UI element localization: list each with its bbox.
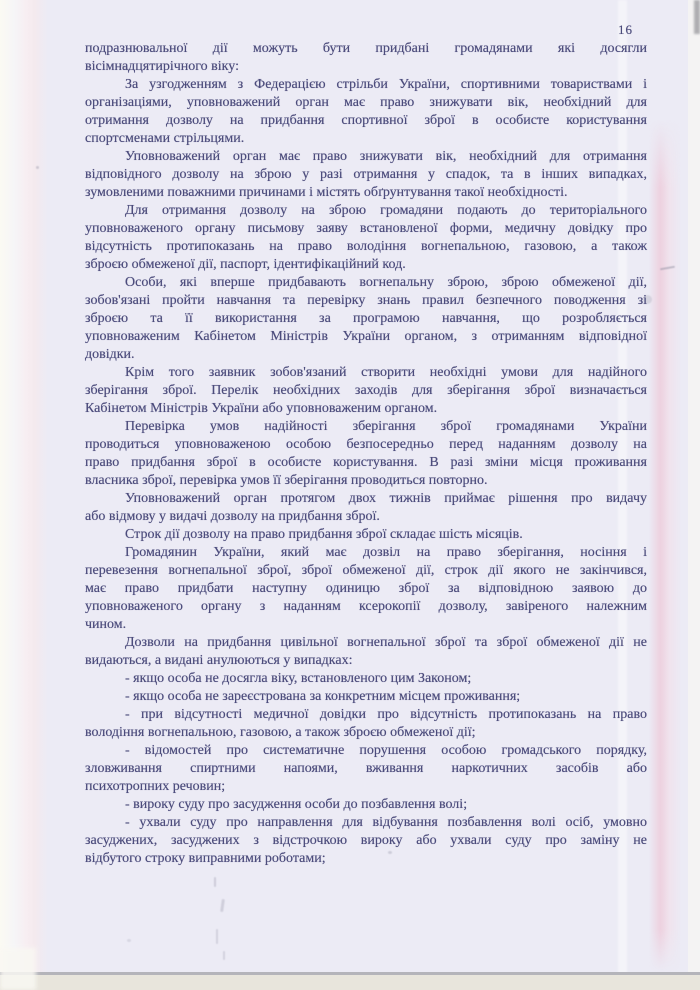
text-line: За узгодженням з Федерацією стрільби Укр…	[85, 76, 647, 94]
text-line: власника зброї, перевірка умов її зберіг…	[85, 472, 647, 490]
text-line: право придбання зброї в особисте користу…	[85, 454, 647, 472]
text-line: - відомостей про систематичне порушення …	[85, 742, 647, 760]
text-line: володіння вогнепальною, газовою, а також…	[85, 724, 647, 742]
text-line: зловживання спиртними напоями, вживання …	[85, 760, 647, 778]
text-line: відсутність протипоказань на право волод…	[85, 238, 647, 256]
paragraph: Громадянин України, який має дозвіл на п…	[85, 544, 647, 634]
text-line: чином.	[85, 616, 647, 634]
text-body: подразнювальної дії можуть бути придбані…	[85, 40, 647, 868]
text-line: Дозволи на придбання цивільної вогнепаль…	[85, 634, 647, 652]
paragraph: Строк дії дозволу на право придбання збр…	[85, 526, 647, 544]
paragraph: подразнювальної дії можуть бути придбані…	[85, 40, 647, 76]
smudge-mark	[127, 939, 131, 942]
text-line: - при відсутності медичної довідки про в…	[85, 706, 647, 724]
text-line: подразнювальної дії можуть бути придбані…	[85, 40, 647, 58]
paragraph: - якщо особа не зареєстрована за конкрет…	[85, 688, 647, 706]
paragraph: - ухвали суду про направлення для відбув…	[85, 814, 647, 868]
paragraph: - вироку суду про засудження особи до по…	[85, 796, 647, 814]
text-line: або відмову у видачі дозволу на придбанн…	[85, 508, 647, 526]
text-line: видаються, а видані анулюються у випадка…	[85, 652, 647, 670]
text-line: - якщо особа не досягла віку, встановлен…	[85, 670, 647, 688]
paragraph: - при відсутності медичної довідки про в…	[85, 706, 647, 742]
text-line: Перевірка умов надійності зберігання збр…	[85, 418, 647, 436]
smudge-mark	[223, 951, 225, 960]
text-line: зберігання зброї. Перелік необхідних зах…	[85, 382, 647, 400]
text-line: уповноваженого органу письмову заяву вст…	[85, 220, 647, 238]
text-line: Особи, які вперше придбавають вогнепальн…	[85, 274, 647, 292]
text-line: засуджених, засуджених з відстрочкою вир…	[85, 832, 647, 850]
left-scan-edge	[0, 0, 48, 990]
text-line: зумовленими поважними причинами і містят…	[85, 184, 647, 202]
text-line: має право придбати наступну одиницю збро…	[85, 580, 647, 598]
text-line: відповідного дозволу на зброю у разі отр…	[85, 166, 647, 184]
text-line: уповноваженого органу з наданням ксероко…	[85, 598, 647, 616]
paragraph: - відомостей про систематичне порушення …	[85, 742, 647, 796]
paragraph: - якщо особа не досягла віку, встановлен…	[85, 670, 647, 688]
text-line: Крім того заявник зобов'язаний створити …	[85, 364, 647, 382]
paragraph: Уповноважений орган протягом двох тижнів…	[85, 490, 647, 526]
bottom-left-highlight	[0, 948, 36, 990]
text-line: зброєю обмеженої дії, паспорт, ідентифік…	[85, 256, 647, 274]
text-line: отримання дозволу на придбання спортивно…	[85, 112, 647, 130]
text-line: Уповноважений орган протягом двох тижнів…	[85, 490, 647, 508]
smudge-mark	[216, 929, 218, 944]
text-line: перевезення вогнепальної зброї, зброї об…	[85, 562, 647, 580]
smudge-mark	[36, 166, 39, 169]
text-line: - якщо особа не зареєстрована за конкрет…	[85, 688, 647, 706]
text-line: уповноваженим Кабінетом Міністрів Україн…	[85, 328, 647, 346]
paragraph: Перевірка умов надійності зберігання збр…	[85, 418, 647, 490]
text-line: зброєю та її використання за програмою н…	[85, 310, 647, 328]
text-line: - ухвали суду про направлення для відбув…	[85, 814, 647, 832]
text-line: Для отримання дозволу на зброю громадяни…	[85, 202, 647, 220]
paragraph: Дозволи на придбання цивільної вогнепаль…	[85, 634, 647, 670]
text-line: Уповноважений орган має право знижувати …	[85, 148, 647, 166]
text-line: проводиться уповноваженою особою безпосе…	[85, 436, 647, 454]
text-line: відбутого строку виправними роботами;	[85, 850, 647, 868]
smudge-mark	[220, 899, 225, 912]
text-line: Кабінетом Міністрів України або уповнова…	[85, 400, 647, 418]
pink-scan-band	[649, 120, 681, 972]
paragraph: Особи, які вперше придбавають вогнепальн…	[85, 274, 647, 364]
top-right-scan-shadow	[694, 0, 700, 34]
scanned-document-page: 16 подразнювальної дії можуть бути придб…	[0, 0, 700, 990]
text-line: - вироку суду про засудження особи до по…	[85, 796, 647, 814]
text-line: психотропних речовин;	[85, 778, 647, 796]
right-scan-edge	[688, 0, 700, 990]
paragraph: Крім того заявник зобов'язаний створити …	[85, 364, 647, 418]
paragraph: Уповноважений орган має право знижувати …	[85, 148, 647, 202]
text-line: вісімнадцятирічного віку:	[85, 58, 647, 76]
page-number: 16	[618, 22, 648, 38]
text-line: спортсменами стрільцями.	[85, 130, 647, 148]
text-line: Строк дії дозволу на право придбання збр…	[85, 526, 647, 544]
paragraph: За узгодженням з Федерацією стрільби Укр…	[85, 76, 647, 148]
text-line: організаціями, уповноважений орган має п…	[85, 94, 647, 112]
smudge-mark	[214, 877, 216, 887]
scanner-background	[0, 975, 700, 990]
paragraph: Для отримання дозволу на зброю громадяни…	[85, 202, 647, 274]
text-line: довідки.	[85, 346, 647, 364]
text-line: Громадянин України, який має дозвіл на п…	[85, 544, 647, 562]
text-line: зобов'язані пройти навчання та перевірку…	[85, 292, 647, 310]
